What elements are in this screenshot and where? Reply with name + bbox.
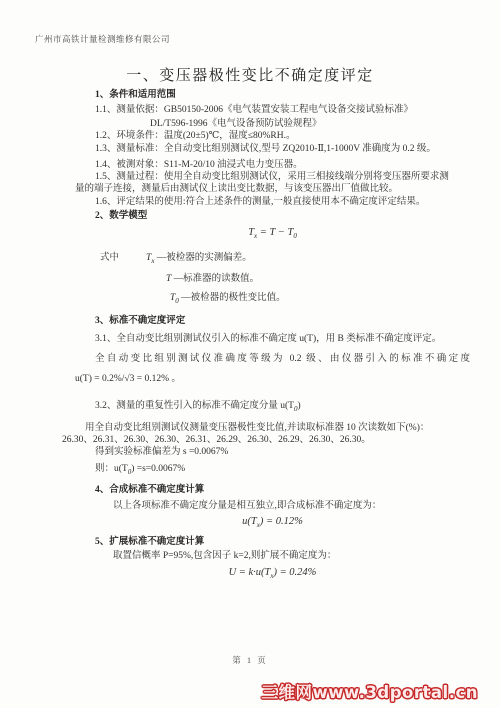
model-formula: Tx = T − T0: [75, 227, 470, 240]
para-3-2-heading: 3.2、测量的重复性引入的标准不确定度分量 u(T0): [75, 400, 470, 416]
combined-formula-b: ) = 0.12%: [260, 516, 303, 527]
para-3-1-line2: 全自动变比组别测试仪准确度等级为 0.2 级、由仪器引入的标准不确定度: [75, 353, 470, 366]
page-number: 第 1 页: [0, 654, 500, 666]
document-page: 广州市高铁计量检测维修有限公司 一、变压器极性变比不确定度评定 1、条件和适用范…: [0, 0, 500, 708]
where-label: 式中: [100, 253, 119, 263]
para-4: 以上各项标准不确定度分量是相互独立,即合成标准不确定度为：: [75, 500, 470, 513]
para-3-1: 3.1、全自动变比组别测试仪引入的标准不确定度 u(T)，用 B 类标准不确定度…: [75, 333, 470, 346]
watermark: 三维网www.3dportal.cn: [262, 679, 479, 703]
section3-heading: 3、标准不确定度评定: [75, 315, 470, 328]
para-3-1-result: u(T) = 0.2%/√3 = 0.12% 。: [75, 373, 470, 386]
where-definition-1: 式中Tx —被检器的实测偏差。: [75, 252, 470, 268]
item-1-6: 1.6、评定结果的使用:符合上述条件的测量,一般直接使用本不确定度评定结果。: [75, 196, 470, 209]
company-header: 广州市高铁计量检测维修有限公司: [35, 33, 170, 45]
where-definition-2: T —标准器的读数值。: [75, 273, 470, 289]
document-title: 一、变压器极性变比不确定度评定: [0, 64, 500, 85]
definition-tx-text: —被检器的实测偏差。: [154, 253, 251, 263]
section1-heading: 1、条件和适用范围: [75, 89, 470, 102]
definition-t-text: —标准器的读数值。: [171, 274, 259, 284]
section4-heading: 4、合成标准不确定度计算: [75, 484, 470, 497]
item-1-3: 1.3、测量标准：全自动变比组别测试仪,型号 ZQ2010-Ⅱ,1-1000V …: [75, 143, 470, 156]
item-1-2: 1.2、环境条件：温度(20±5)℃，湿度≤80%RH.。: [75, 130, 470, 143]
expanded-formula-a: U = k·u(T: [229, 567, 271, 578]
item-1-5-line2: 量的端子连接，测量后由测试仪上读出变比数据，与该变压器出厂值做比较。: [75, 183, 470, 196]
combined-formula-a: u(T: [242, 516, 257, 527]
formula-rhs-sub: 0: [293, 232, 297, 240]
section2-heading: 2、数学模型: [75, 210, 470, 223]
formula-rhs: = T − T: [257, 227, 293, 238]
definition-t0-text: —被检器的极性变比值。: [179, 293, 286, 303]
expanded-formula-b: ) = 0.24%: [273, 567, 316, 578]
stddev-line: 得到实验标准偏差为 s =0.0067%: [75, 446, 470, 459]
u-t0-result-b: ) =s=0.0067%: [131, 464, 185, 474]
para-3-2-heading-a: 3.2、测量的重复性引入的标准不确定度分量 u(T: [95, 401, 294, 411]
u-t0-result-a: 则：u(T: [95, 464, 128, 474]
para-3-2-heading-b: ): [297, 401, 300, 411]
u-t0-result: 则：u(T0) =s=0.0067%: [75, 463, 470, 479]
where-definition-3: T0 —被检器的极性变比值。: [75, 292, 470, 308]
section5-heading: 5、扩展标准不确定度计算: [75, 536, 470, 549]
combined-uncertainty-formula: u(Tx) = 0.12%: [75, 516, 470, 529]
para-5: 取置信概率 P=95%,包含因子 k=2,则扩展不确定度为：: [75, 550, 470, 563]
expanded-uncertainty-formula: U = k·u(Tx) = 0.24%: [75, 567, 470, 580]
item-1-1: 1.1、测量依据：GB50150-2006《电气装置安装工程电气设备交接试验标准…: [75, 104, 470, 117]
